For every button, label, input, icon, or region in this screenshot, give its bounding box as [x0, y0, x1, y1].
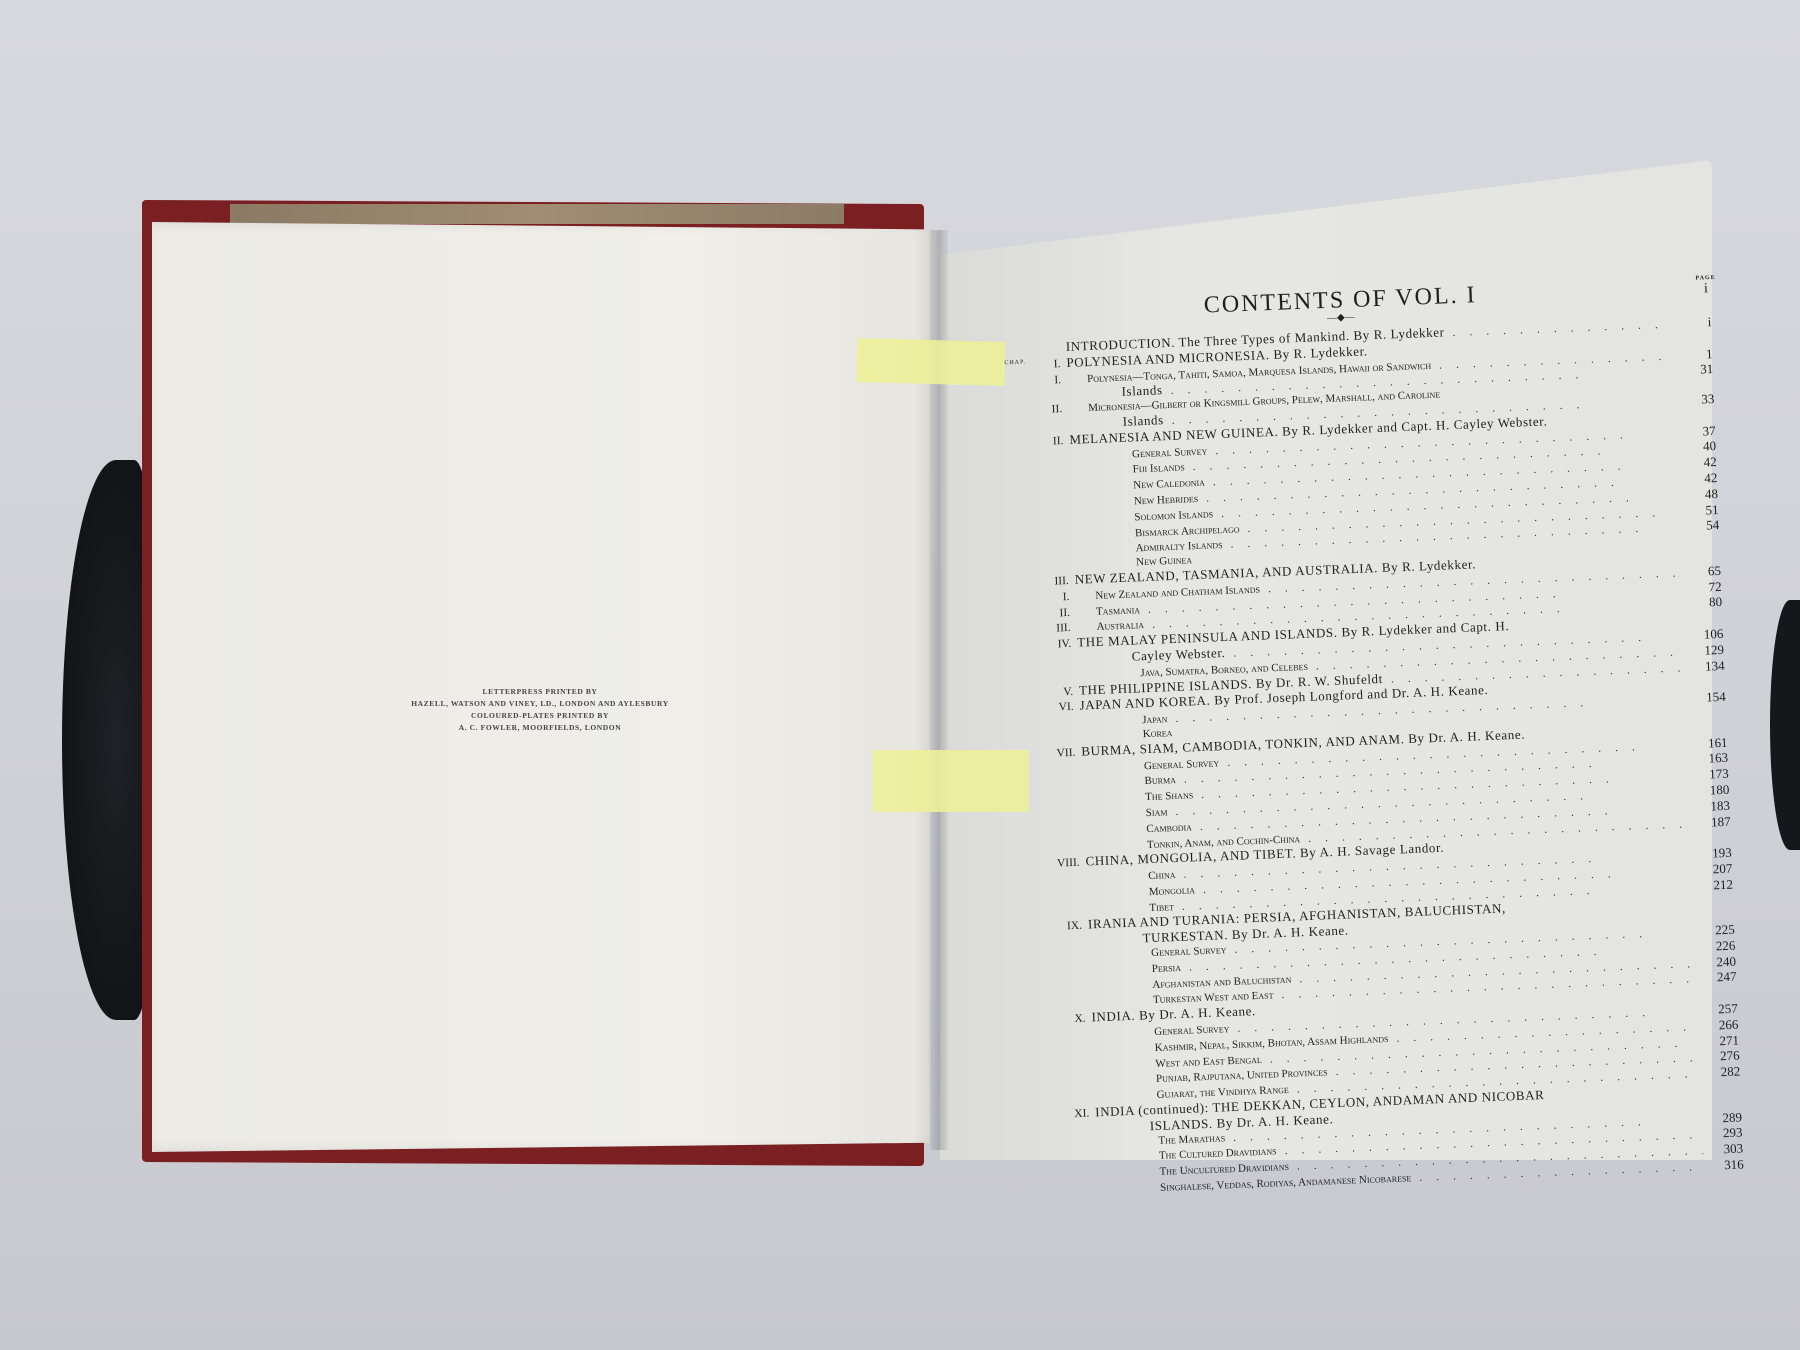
page-number: 187 [1690, 814, 1731, 829]
chapter-number [1044, 1193, 1098, 1195]
black-cloth-left [62, 460, 152, 1020]
page-number: 129 [1684, 643, 1725, 658]
page-number: 183 [1690, 798, 1731, 813]
page-number [1683, 622, 1723, 624]
chapter-number [1039, 1053, 1093, 1055]
page-number [1694, 904, 1734, 906]
chapter-number [1041, 1101, 1095, 1103]
page-number: 293 [1702, 1126, 1743, 1141]
chapter-number [1027, 740, 1081, 742]
page-number: 134 [1684, 658, 1725, 673]
page-number: 40 [1676, 439, 1717, 454]
page-number [1691, 841, 1731, 843]
chapter-number [1031, 834, 1085, 836]
chapter-number: VII. [1027, 746, 1081, 762]
chapter-number [1014, 398, 1068, 400]
cover-worn-band [230, 204, 844, 224]
chapter-number [1019, 538, 1073, 540]
page-number: 282 [1700, 1065, 1741, 1080]
page-number [1675, 419, 1715, 421]
chapter-number: V. [1025, 685, 1079, 701]
chapter-number [1037, 990, 1091, 992]
chapter-number [1035, 945, 1089, 947]
page-number: 225 [1694, 923, 1735, 938]
chapter-number [1043, 1146, 1097, 1148]
chapter-number [1042, 1132, 1096, 1134]
chapter-number [1034, 913, 1088, 915]
chapter-number [1040, 1085, 1094, 1087]
chapter-number [1035, 959, 1089, 961]
page-number: 1 [1672, 347, 1713, 362]
page-number [1702, 1107, 1742, 1109]
page-number [1701, 1092, 1741, 1094]
chapter-number [1030, 818, 1084, 820]
page-number [1697, 997, 1737, 999]
chapter-number [1012, 351, 1066, 353]
page-number: 271 [1699, 1033, 1740, 1048]
imprint-line: Coloured-plates printed by [400, 710, 680, 722]
chapter-number: II. [1015, 435, 1069, 451]
toc-entries: INTRODUCTION. The Three Types of Mankind… [1012, 315, 1744, 1200]
page-number: 106 [1683, 627, 1724, 642]
chapter-number [1017, 491, 1071, 493]
page-number: 163 [1688, 751, 1729, 766]
chapter-number [1015, 428, 1069, 430]
page-number: 42 [1677, 455, 1718, 470]
chapter-number [1020, 568, 1074, 570]
entry-title: Islands [1067, 384, 1162, 401]
chapter-number: IX. [1034, 920, 1088, 936]
chapter-number [1028, 771, 1082, 773]
printer-imprint: Letterpress printed by Hazell, Watson an… [400, 686, 680, 734]
imprint-line: Letterpress printed by [400, 686, 680, 698]
page-number: 154 [1686, 690, 1727, 705]
entry-title: Tasmania [1076, 604, 1141, 620]
chapter-number [1019, 523, 1073, 525]
page-number: 54 [1679, 518, 1720, 533]
chapter-number [1025, 678, 1079, 680]
page-number: 316 [1703, 1158, 1744, 1173]
page-number: 180 [1689, 783, 1730, 798]
page-number: 289 [1702, 1110, 1743, 1125]
page-number: 42 [1677, 471, 1718, 486]
chapter-number: I. [1021, 590, 1075, 606]
page-number [1672, 342, 1712, 344]
page-number: 173 [1688, 767, 1729, 782]
chapter-number: III. [1021, 575, 1075, 591]
yellow-tape-middle [873, 750, 1029, 812]
chapter-number [1024, 663, 1078, 665]
chapter-number [1040, 1069, 1094, 1071]
black-cloth-right [1770, 600, 1800, 850]
page-number: 207 [1692, 862, 1733, 877]
chapter-number [1029, 787, 1083, 789]
page-number [1680, 543, 1720, 545]
chapter-number [1033, 897, 1087, 899]
page-number: 240 [1696, 954, 1737, 969]
yellow-tape-top [856, 338, 1005, 386]
chapter-number: VIII. [1031, 857, 1085, 873]
chapter-number [1038, 1037, 1092, 1039]
dot-leader [1547, 420, 1675, 425]
table-of-contents: CONTENTS OF VOL. I —◆— PAGEi CHAP. INTRO… [1010, 273, 1744, 1200]
page-number [1685, 685, 1725, 687]
imprint-line: Hazell, Watson and Viney, Ld., London an… [400, 698, 680, 710]
chapter-number [1044, 1178, 1098, 1180]
page-number: 72 [1681, 579, 1722, 594]
chapter-number [1016, 459, 1070, 461]
page-number: 266 [1698, 1017, 1739, 1032]
page-number: 303 [1703, 1142, 1744, 1157]
chapter-number: VI. [1025, 701, 1079, 717]
page-number: 80 [1682, 595, 1723, 610]
chapter-number: I. [1013, 373, 1067, 389]
chapter-number [1029, 803, 1083, 805]
page-number: 31 [1673, 362, 1714, 377]
chapter-number [1026, 726, 1080, 728]
page-number: 33 [1674, 392, 1715, 407]
imprint-line: A. C. Fowler, Moorfields, London [400, 722, 680, 734]
chapter-number [1043, 1162, 1097, 1164]
chapter-number [1031, 850, 1085, 852]
page-number [1674, 387, 1714, 389]
page-number: 193 [1692, 846, 1733, 861]
chap-column-label: CHAP. [1004, 359, 1026, 366]
chapter-number [1032, 882, 1086, 884]
chapter-number: II. [1022, 606, 1076, 622]
chapter-number: X. [1037, 1013, 1091, 1029]
page-number: 37 [1675, 424, 1716, 439]
chapter-number [1018, 507, 1072, 509]
page-number [1687, 731, 1727, 733]
chapter-number: IV. [1023, 638, 1077, 654]
chapter-number: II. [1014, 403, 1068, 419]
page-number [1680, 559, 1720, 561]
page-number: 226 [1695, 939, 1736, 954]
page-number: 51 [1678, 503, 1719, 518]
page-column-label: PAGEi [1695, 275, 1716, 298]
page-number: 212 [1693, 877, 1734, 892]
chapter-number [1037, 1006, 1091, 1008]
page-number: 247 [1696, 970, 1737, 985]
chapter-number: XI. [1041, 1107, 1095, 1123]
page-number: 276 [1699, 1049, 1740, 1064]
chapter-number [1017, 475, 1071, 477]
page-number: 65 [1681, 564, 1722, 579]
page-number: i [1671, 315, 1712, 330]
page-number: 48 [1678, 487, 1719, 502]
page-number: 257 [1698, 1002, 1739, 1017]
chapter-number [1020, 554, 1074, 556]
chapter-number: III. [1022, 622, 1076, 638]
page-number: 161 [1687, 735, 1728, 750]
chapter-number [1036, 974, 1090, 976]
page-number [1686, 715, 1726, 717]
